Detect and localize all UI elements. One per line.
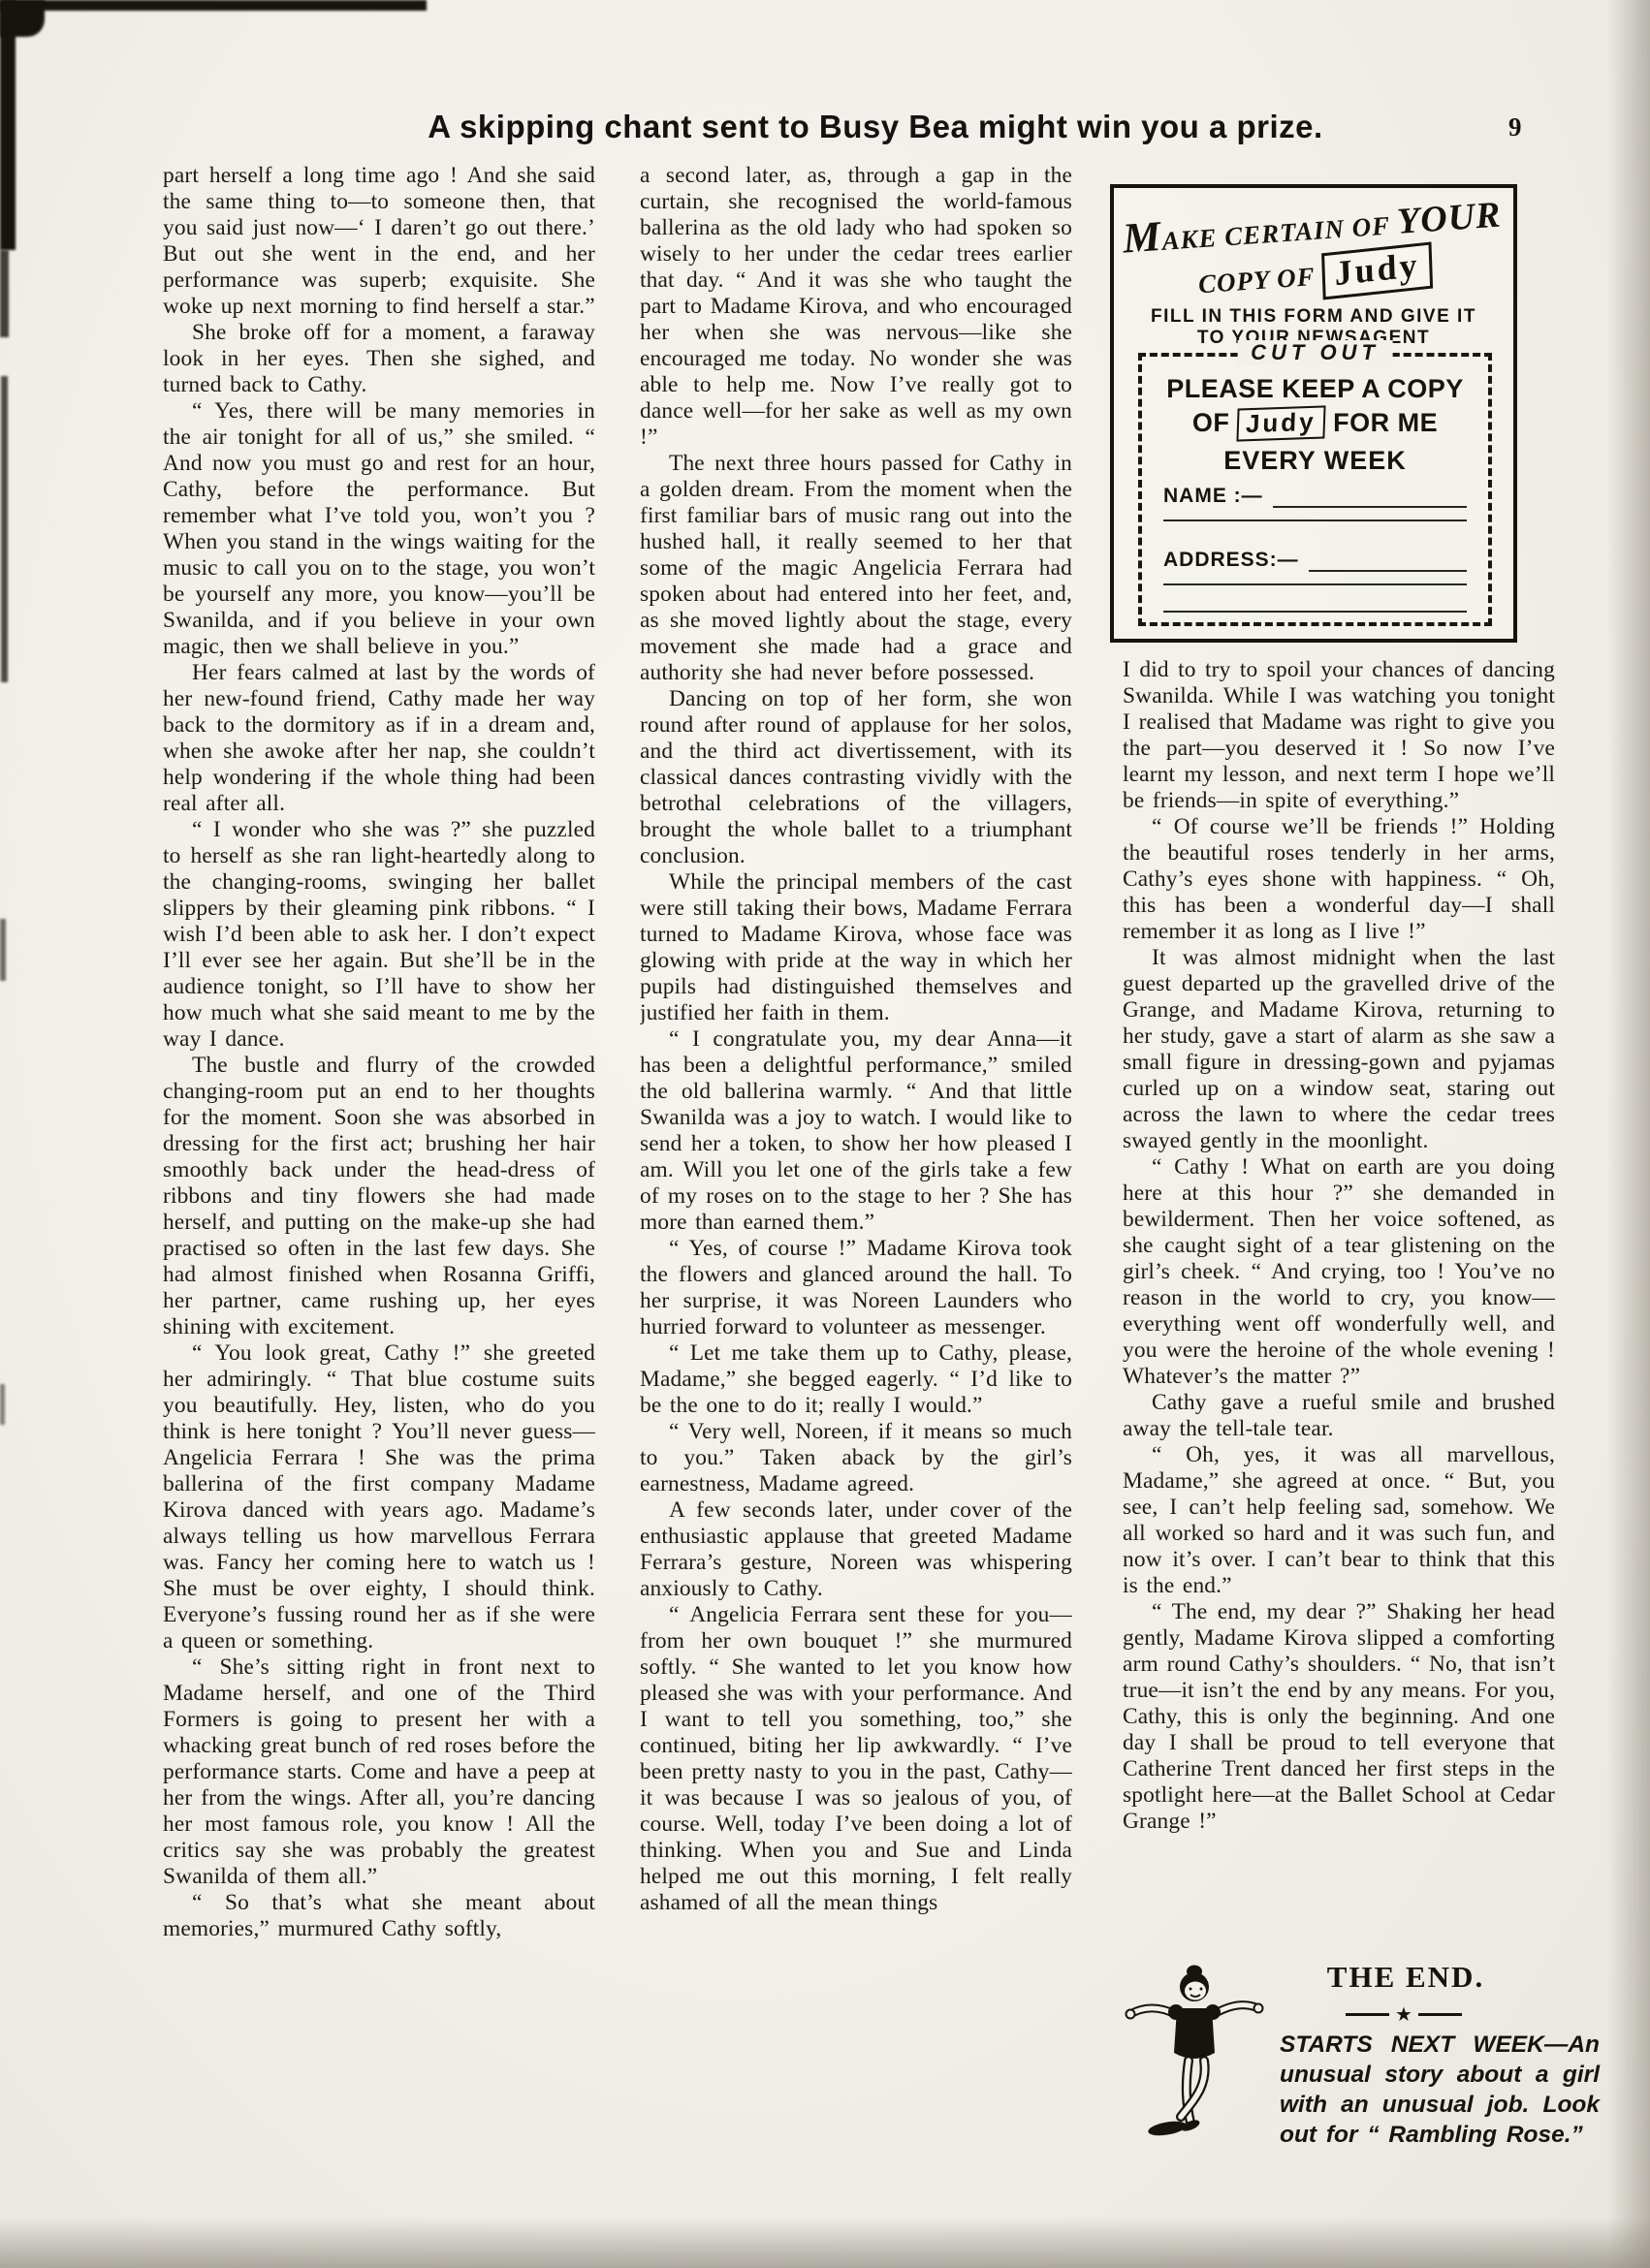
story-paragraph: “ Yes, of course !” Madame Kirova took t… — [640, 1236, 1072, 1340]
story-paragraph: The bustle and flurry of the crowded cha… — [163, 1053, 595, 1340]
story-paragraph: “ So that’s what she meant about memorie… — [163, 1890, 595, 1942]
story-paragraph: “ The end, my dear ?” Shaking her head g… — [1123, 1599, 1555, 1835]
story-paragraph: “ I wonder who she was ?” she puzzled to… — [163, 817, 595, 1053]
address-field-row: ADDRESS:— — [1163, 547, 1467, 572]
coupon-keep-line3: EVERY WEEK — [1142, 446, 1488, 476]
write-in-line — [1163, 520, 1467, 521]
story-paragraph: “ Let me take them up to Cathy, please, … — [640, 1340, 1072, 1419]
coupon-keep-line1: PLEASE KEEP A COPY — [1142, 374, 1488, 404]
story-paragraph: “ Very well, Noreen, if it means so much… — [640, 1419, 1072, 1497]
scan-mark — [1, 376, 8, 682]
divider-line — [1346, 2013, 1389, 2016]
magazine-page: A skipping chant sent to Busy Bea might … — [0, 0, 1650, 2268]
judy-logo: Judy — [1321, 242, 1433, 300]
write-in-line — [1163, 583, 1467, 585]
scan-mark — [0, 0, 427, 11]
page-edge-shadow — [0, 2218, 1650, 2268]
ballet-dancer-illustration — [1121, 1964, 1268, 2150]
scan-mark — [0, 1384, 5, 1425]
coupon-your-text: YOUR — [1396, 194, 1503, 241]
story-paragraph: It was almost midnight when the last gue… — [1123, 945, 1555, 1154]
divider-line — [1418, 2013, 1462, 2016]
coupon-headline: MAKE CERTAIN OF YOUR COPY OF Judy — [1121, 190, 1507, 311]
name-write-in-line — [1273, 483, 1467, 508]
story-paragraph: “ She’s sitting right in front next to M… — [163, 1654, 595, 1890]
story-paragraph: part herself a long time ago ! And she s… — [163, 163, 595, 320]
subscription-coupon: MAKE CERTAIN OF YOUR COPY OF Judy FILL I… — [1110, 184, 1517, 643]
story-paragraph: While the principal members of the cast … — [640, 869, 1072, 1026]
page-header: A skipping chant sent to Busy Bea might … — [396, 109, 1355, 145]
cut-out-label: CUT OUT — [1237, 340, 1393, 365]
story-paragraph: Her fears calmed at last by the words of… — [163, 660, 595, 817]
scan-mark — [0, 250, 9, 337]
cut-out-form: CUT OUT PLEASE KEEP A COPY OF Judy FOR M… — [1138, 353, 1492, 626]
story-column-1: part herself a long time ago ! And she s… — [163, 163, 595, 2113]
story-paragraph: “ Cathy ! What on earth are you doing he… — [1123, 1154, 1555, 1390]
star-icon: ★ — [1389, 2002, 1418, 2027]
the-end-title: THE END. — [1289, 1960, 1522, 1995]
name-label: NAME :— — [1163, 485, 1263, 508]
story-paragraph: “ You look great, Cathy !” she greeted h… — [163, 1340, 595, 1654]
story-paragraph: Cathy gave a rueful smile and brushed aw… — [1123, 1390, 1555, 1442]
star-divider: ★ — [1346, 2002, 1462, 2027]
story-paragraph: The next three hours passed for Cathy in… — [640, 451, 1072, 686]
story-paragraph: a second later, as, through a gap in the… — [640, 163, 1072, 451]
story-paragraph: I did to try to spoil your chances of da… — [1123, 657, 1555, 814]
coupon-of-text: OF — [1192, 408, 1238, 437]
coupon-keep-line2: OF Judy FOR ME — [1142, 407, 1488, 440]
write-in-line — [1163, 611, 1467, 613]
name-field-row: NAME :— — [1163, 483, 1467, 508]
page-number: 9 — [1508, 112, 1522, 142]
story-paragraph: “ Oh, yes, it was all marvellous, Madame… — [1123, 1442, 1555, 1599]
story-column-2: a second later, as, through a gap in the… — [640, 163, 1072, 2113]
next-week-teaser: STARTS NEXT WEEK—An unusual story about … — [1280, 2030, 1600, 2150]
story-paragraph: “ Of course we’ll be friends !” Holding … — [1123, 814, 1555, 945]
scan-mark — [0, 0, 16, 250]
story-paragraph: “ I congratulate you, my dear Anna—it ha… — [640, 1026, 1072, 1236]
page-edge-shadow — [1607, 0, 1650, 2268]
coupon-for-me-text: FOR ME — [1325, 408, 1438, 437]
story-paragraph: Dancing on top of her form, she won roun… — [640, 686, 1072, 869]
story-paragraph: She broke off for a moment, a faraway lo… — [163, 320, 595, 398]
story-paragraph: A few seconds later, under cover of the … — [640, 1497, 1072, 1602]
coupon-copy-of-text: COPY OF — [1197, 262, 1323, 299]
address-write-in-line — [1309, 547, 1467, 572]
story-column-3: I did to try to spoil your chances of da… — [1123, 657, 1555, 1952]
scan-mark — [0, 919, 6, 981]
address-label: ADDRESS:— — [1163, 549, 1299, 572]
story-paragraph: “ Angelicia Ferrara sent these for you—f… — [640, 1602, 1072, 1916]
judy-logo-small: Judy — [1237, 405, 1326, 441]
story-paragraph: “ Yes, there will be many memories in th… — [163, 398, 595, 660]
coupon-instruction-line1: FILL IN THIS FORM AND GIVE IT — [1114, 306, 1513, 328]
